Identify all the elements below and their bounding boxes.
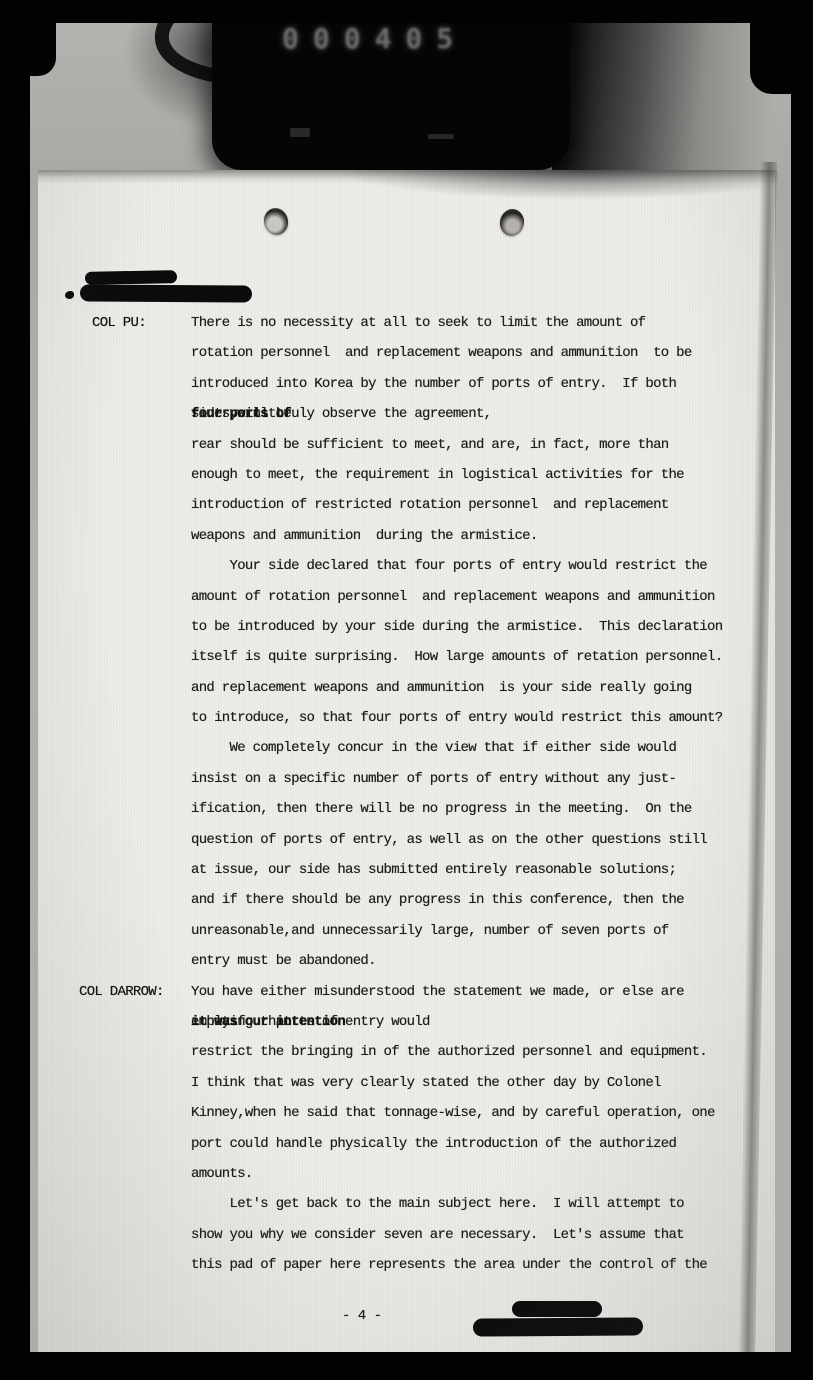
redaction-bar xyxy=(85,270,177,285)
redaction-mark xyxy=(65,291,74,299)
page-edge-shadow xyxy=(338,170,778,200)
redaction-bar xyxy=(80,284,252,302)
text-line: restrict the bringing in of the authoriz… xyxy=(38,1037,775,1067)
text-line: entry must be abandoned. xyxy=(38,946,775,976)
text-line: sides will truly observe the agreement, … xyxy=(38,399,775,429)
microfilm-frame: 000405 COL PU:There is no necessity at a… xyxy=(0,0,813,1380)
device-mark xyxy=(428,134,454,139)
transcript-entry: COL PU:There is no necessity at all to s… xyxy=(38,308,775,977)
text-line: amount of rotation personnel and replace… xyxy=(38,582,775,612)
text-line: amounts. xyxy=(38,1159,775,1189)
transcript-entry: COL DARROW:You have either misunderstood… xyxy=(38,977,775,1281)
text-line: emplying that it was our intention that … xyxy=(38,1007,775,1037)
text-line: and replacement weapons and ammunition i… xyxy=(38,673,775,703)
text-line: You have either misunderstood the statem… xyxy=(38,977,775,1007)
text-line: unreasonable,and unnecessarily large, nu… xyxy=(38,916,775,946)
text-line: at issue, our side has submitted entirel… xyxy=(38,855,775,885)
text-line: to introduce, so that four ports of entr… xyxy=(38,703,775,733)
film-border xyxy=(0,0,813,23)
text-line: question of ports of entry, as well as o… xyxy=(38,825,775,855)
text-line: show you why we consider seven are neces… xyxy=(38,1220,775,1250)
text-line: introduction of restricted rotation pers… xyxy=(38,490,775,520)
film-border xyxy=(791,0,813,1380)
text-line: Your side declared that four ports of en… xyxy=(38,551,775,581)
text-line: Let's get back to the main subject here.… xyxy=(38,1189,775,1219)
page-number: - 4 - xyxy=(342,1301,382,1331)
text-line: and if there should be any progress in t… xyxy=(38,885,775,915)
punch-hole xyxy=(261,205,291,237)
film-border xyxy=(0,0,30,1380)
film-border xyxy=(0,1352,813,1380)
text-line: There is no necessity at all to seek to … xyxy=(38,308,775,338)
text-line: introduced into Korea by the number of p… xyxy=(38,369,775,399)
text-line: I think that was very clearly stated the… xyxy=(38,1068,775,1098)
text-line: insist on a specific number of ports of … xyxy=(38,764,775,794)
text-line: enough to meet, the requirement in logis… xyxy=(38,460,775,490)
text-line: port could handle physically the introdu… xyxy=(38,1129,775,1159)
text-line: to be introduced by your side during the… xyxy=(38,612,775,642)
punch-hole xyxy=(498,207,526,238)
text-line: ification, then there will be no progres… xyxy=(38,794,775,824)
text-line: Kinney,when he said that tonnage-wise, a… xyxy=(38,1098,775,1128)
redaction-bar xyxy=(512,1301,602,1317)
text-line: weapons and ammunition during the armist… xyxy=(38,521,775,551)
counter-digits: 000405 xyxy=(282,22,467,55)
film-counter-device: 000405 xyxy=(212,0,570,170)
document-page: COL PU:There is no necessity at all to s… xyxy=(38,170,775,1352)
device-mark xyxy=(290,128,310,137)
text-line: this pad of paper here represents the ar… xyxy=(38,1250,775,1280)
text-line: rear should be sufficient to meet, and a… xyxy=(38,430,775,460)
redaction-bar xyxy=(473,1317,643,1336)
text-line: itself is quite surprising. How large am… xyxy=(38,642,775,672)
text-line: rotation personnel and replacement weapo… xyxy=(38,338,775,368)
text-line: We completely concur in the view that if… xyxy=(38,733,775,763)
transcript: COL PU:There is no necessity at all to s… xyxy=(38,308,775,1281)
